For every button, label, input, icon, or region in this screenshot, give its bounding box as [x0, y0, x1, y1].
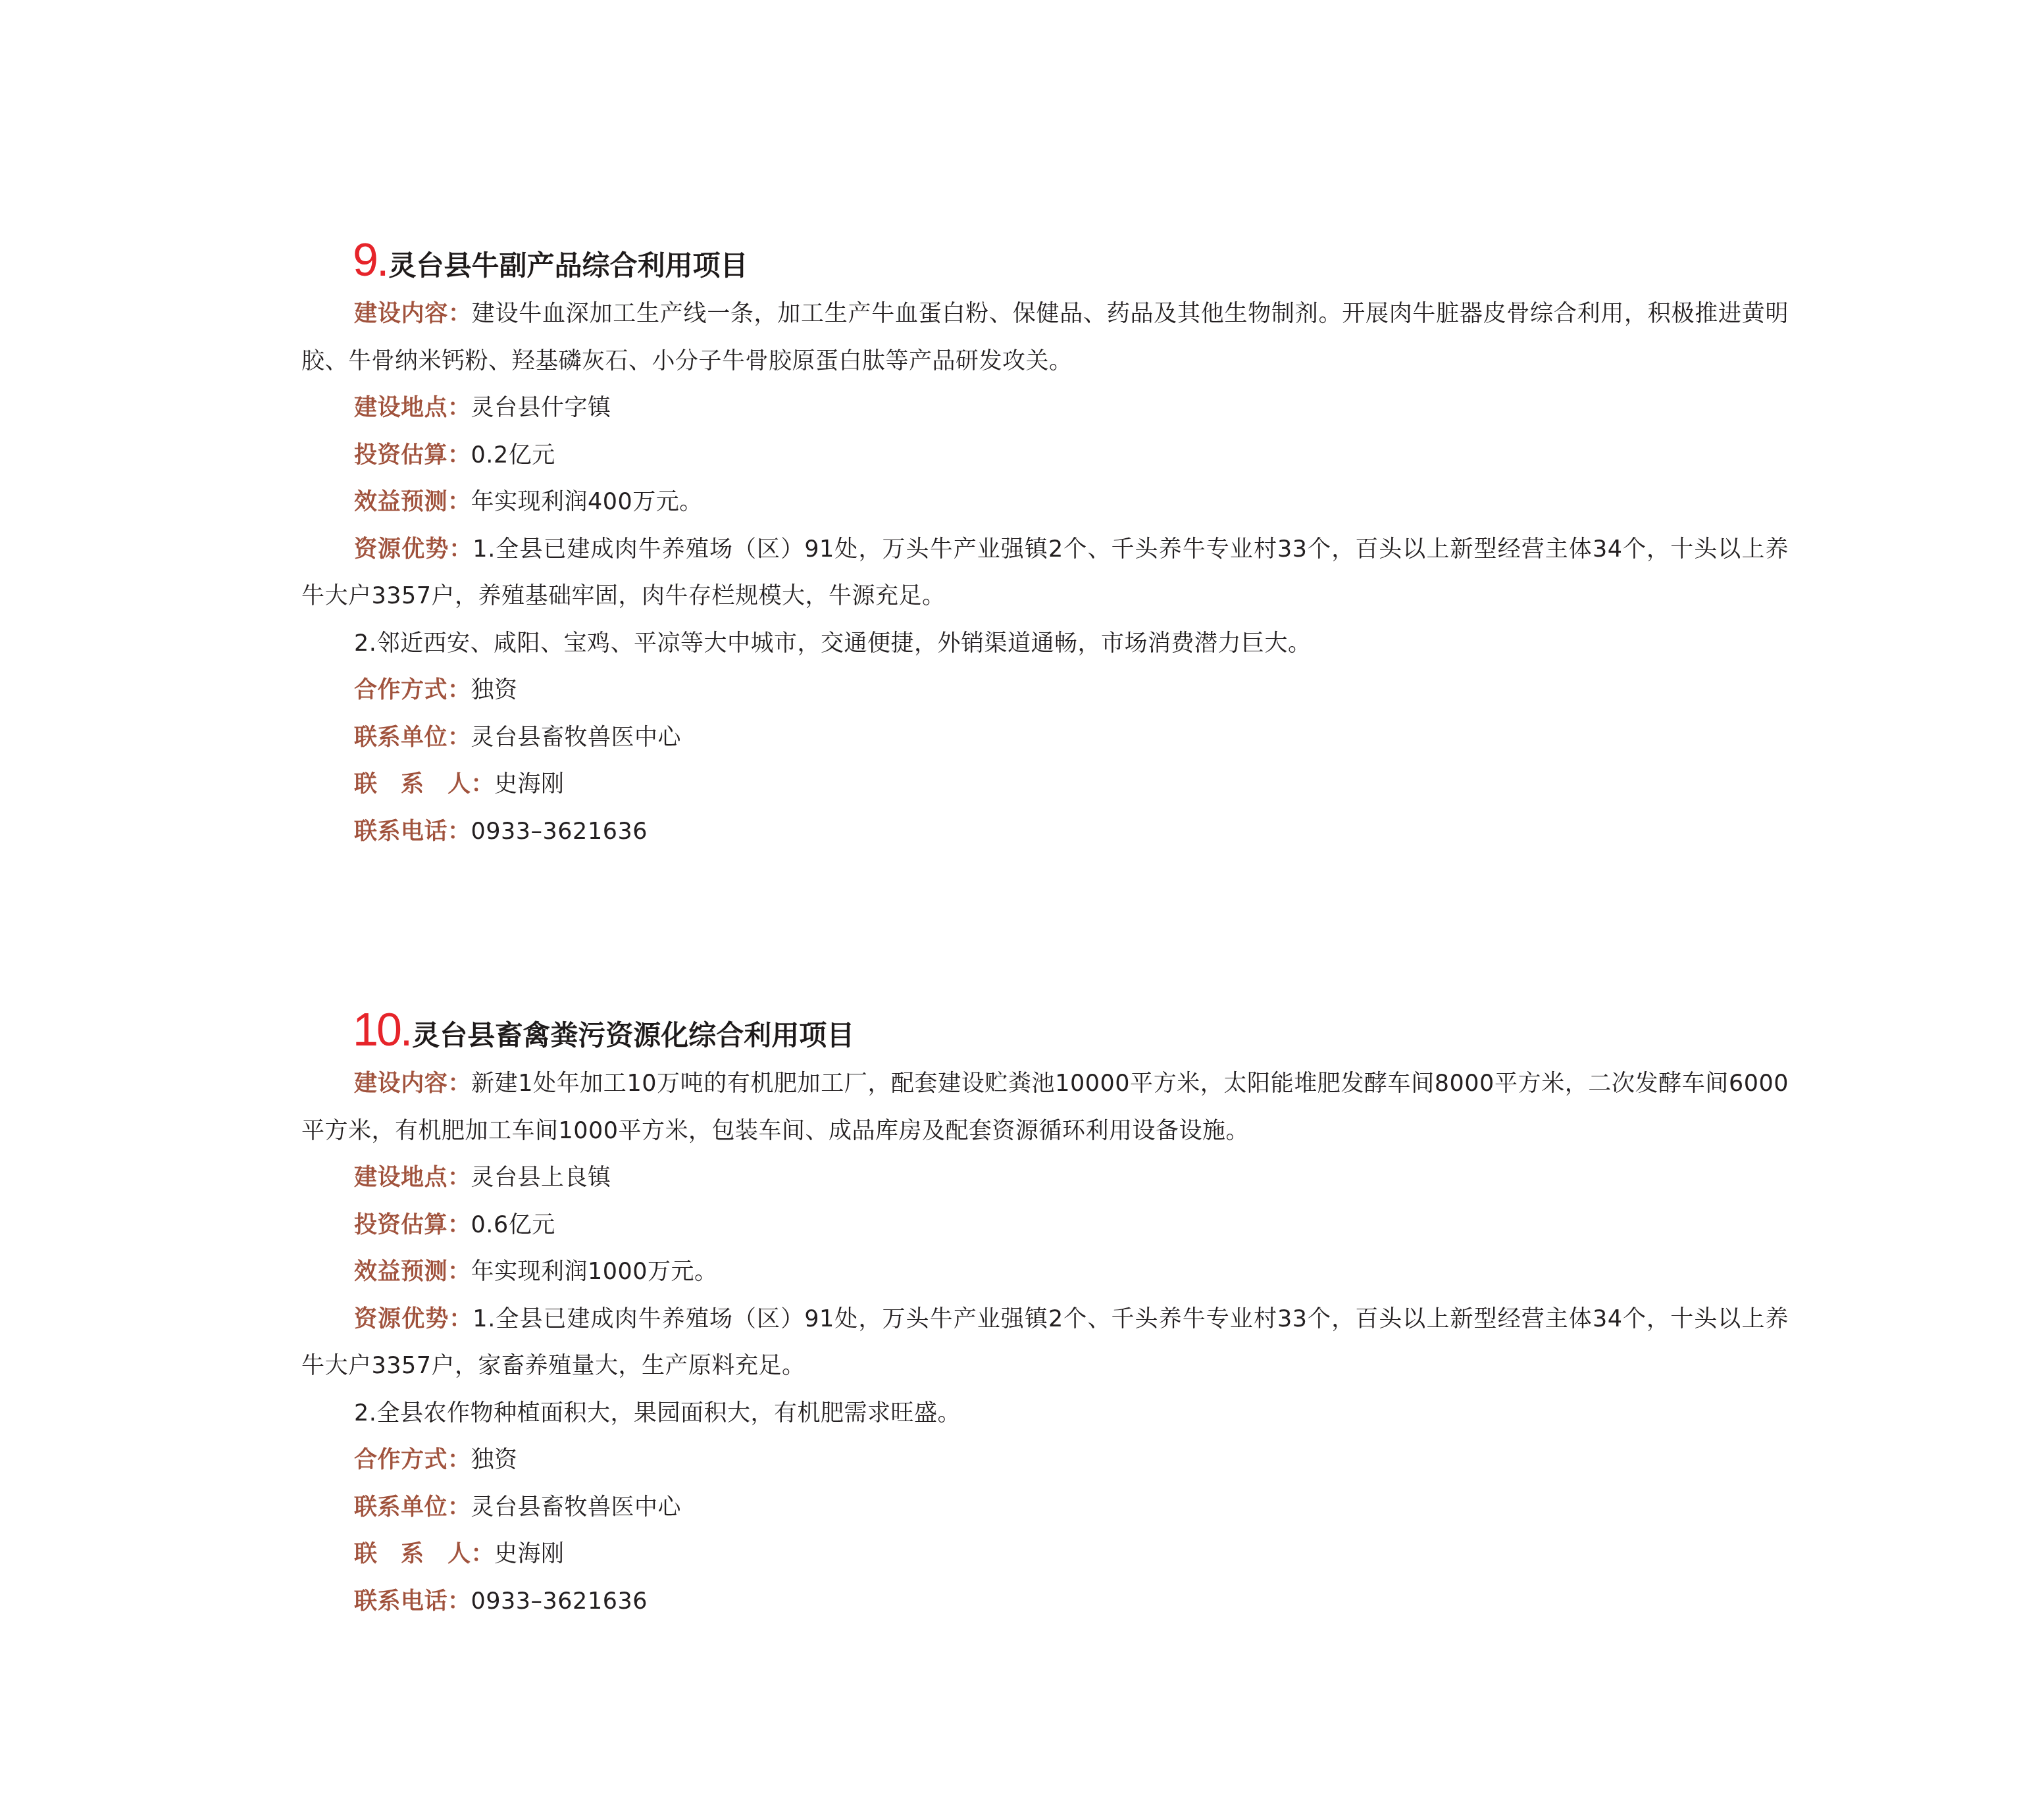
project-number: 10.: [353, 1007, 411, 1053]
resource-advantage-2: 2.邻近西安、咸阳、宝鸡、平凉等大中城市，交通便捷，外销渠道通畅，市场消费潜力巨…: [301, 620, 1789, 668]
construction-location: 建设地点：灵台县上良镇: [301, 1155, 1789, 1202]
resource-advantage: 资源优势：1.全县已建成肉牛养殖场（区）91处，万头牛产业强镇2个、千头养牛专业…: [301, 526, 1789, 620]
contact-phone: 联系电话：0933–3621636: [301, 809, 1789, 856]
project-number: 9.: [353, 237, 387, 283]
project-name: 灵台县牛副产品综合利用项目: [388, 249, 748, 283]
cooperation-mode: 合作方式：独资: [301, 667, 1789, 715]
investment-estimate: 投资估算：0.6亿元: [301, 1202, 1789, 1249]
construction-content: 建设内容：建设牛血深加工生产线一条，加工生产牛血蛋白粉、保健品、药品及其他生物制…: [301, 291, 1789, 385]
contact-unit: 联系单位：灵台县畜牧兽医中心: [301, 715, 1789, 762]
resource-advantage: 资源优势：1.全县已建成肉牛养殖场（区）91处，万头牛产业强镇2个、千头养牛专业…: [301, 1296, 1789, 1390]
contact-person: 联 系 人：史海刚: [301, 761, 1789, 809]
construction-content: 建设内容：新建1处年加工10万吨的有机肥加工厂，配套建设贮粪池10000平方米，…: [301, 1061, 1789, 1155]
contact-unit: 联系单位：灵台县畜牧兽医中心: [301, 1484, 1789, 1532]
project-section-10: 10. 灵台县畜禽粪污资源化综合利用项目 建设内容：新建1处年加工10万吨的有机…: [301, 1001, 1789, 1625]
project-title: 10. 灵台县畜禽粪污资源化综合利用项目: [353, 1001, 1789, 1053]
contact-person: 联 系 人：史海刚: [301, 1531, 1789, 1578]
benefit-forecast: 效益预测：年实现利润400万元。: [301, 479, 1789, 526]
project-name: 灵台县畜禽粪污资源化综合利用项目: [412, 1019, 854, 1053]
project-title: 9. 灵台县牛副产品综合利用项目: [353, 232, 1789, 283]
contact-phone: 联系电话：0933–3621636: [301, 1578, 1789, 1626]
investment-estimate: 投资估算：0.2亿元: [301, 432, 1789, 480]
cooperation-mode: 合作方式：独资: [301, 1437, 1789, 1484]
resource-advantage-2: 2.全县农作物种植面积大，果园面积大，有机肥需求旺盛。: [301, 1390, 1789, 1438]
project-section-9: 9. 灵台县牛副产品综合利用项目 建设内容：建设牛血深加工生产线一条，加工生产牛…: [301, 232, 1789, 855]
benefit-forecast: 效益预测：年实现利润1000万元。: [301, 1249, 1789, 1296]
construction-location: 建设地点：灵台县什字镇: [301, 385, 1789, 432]
